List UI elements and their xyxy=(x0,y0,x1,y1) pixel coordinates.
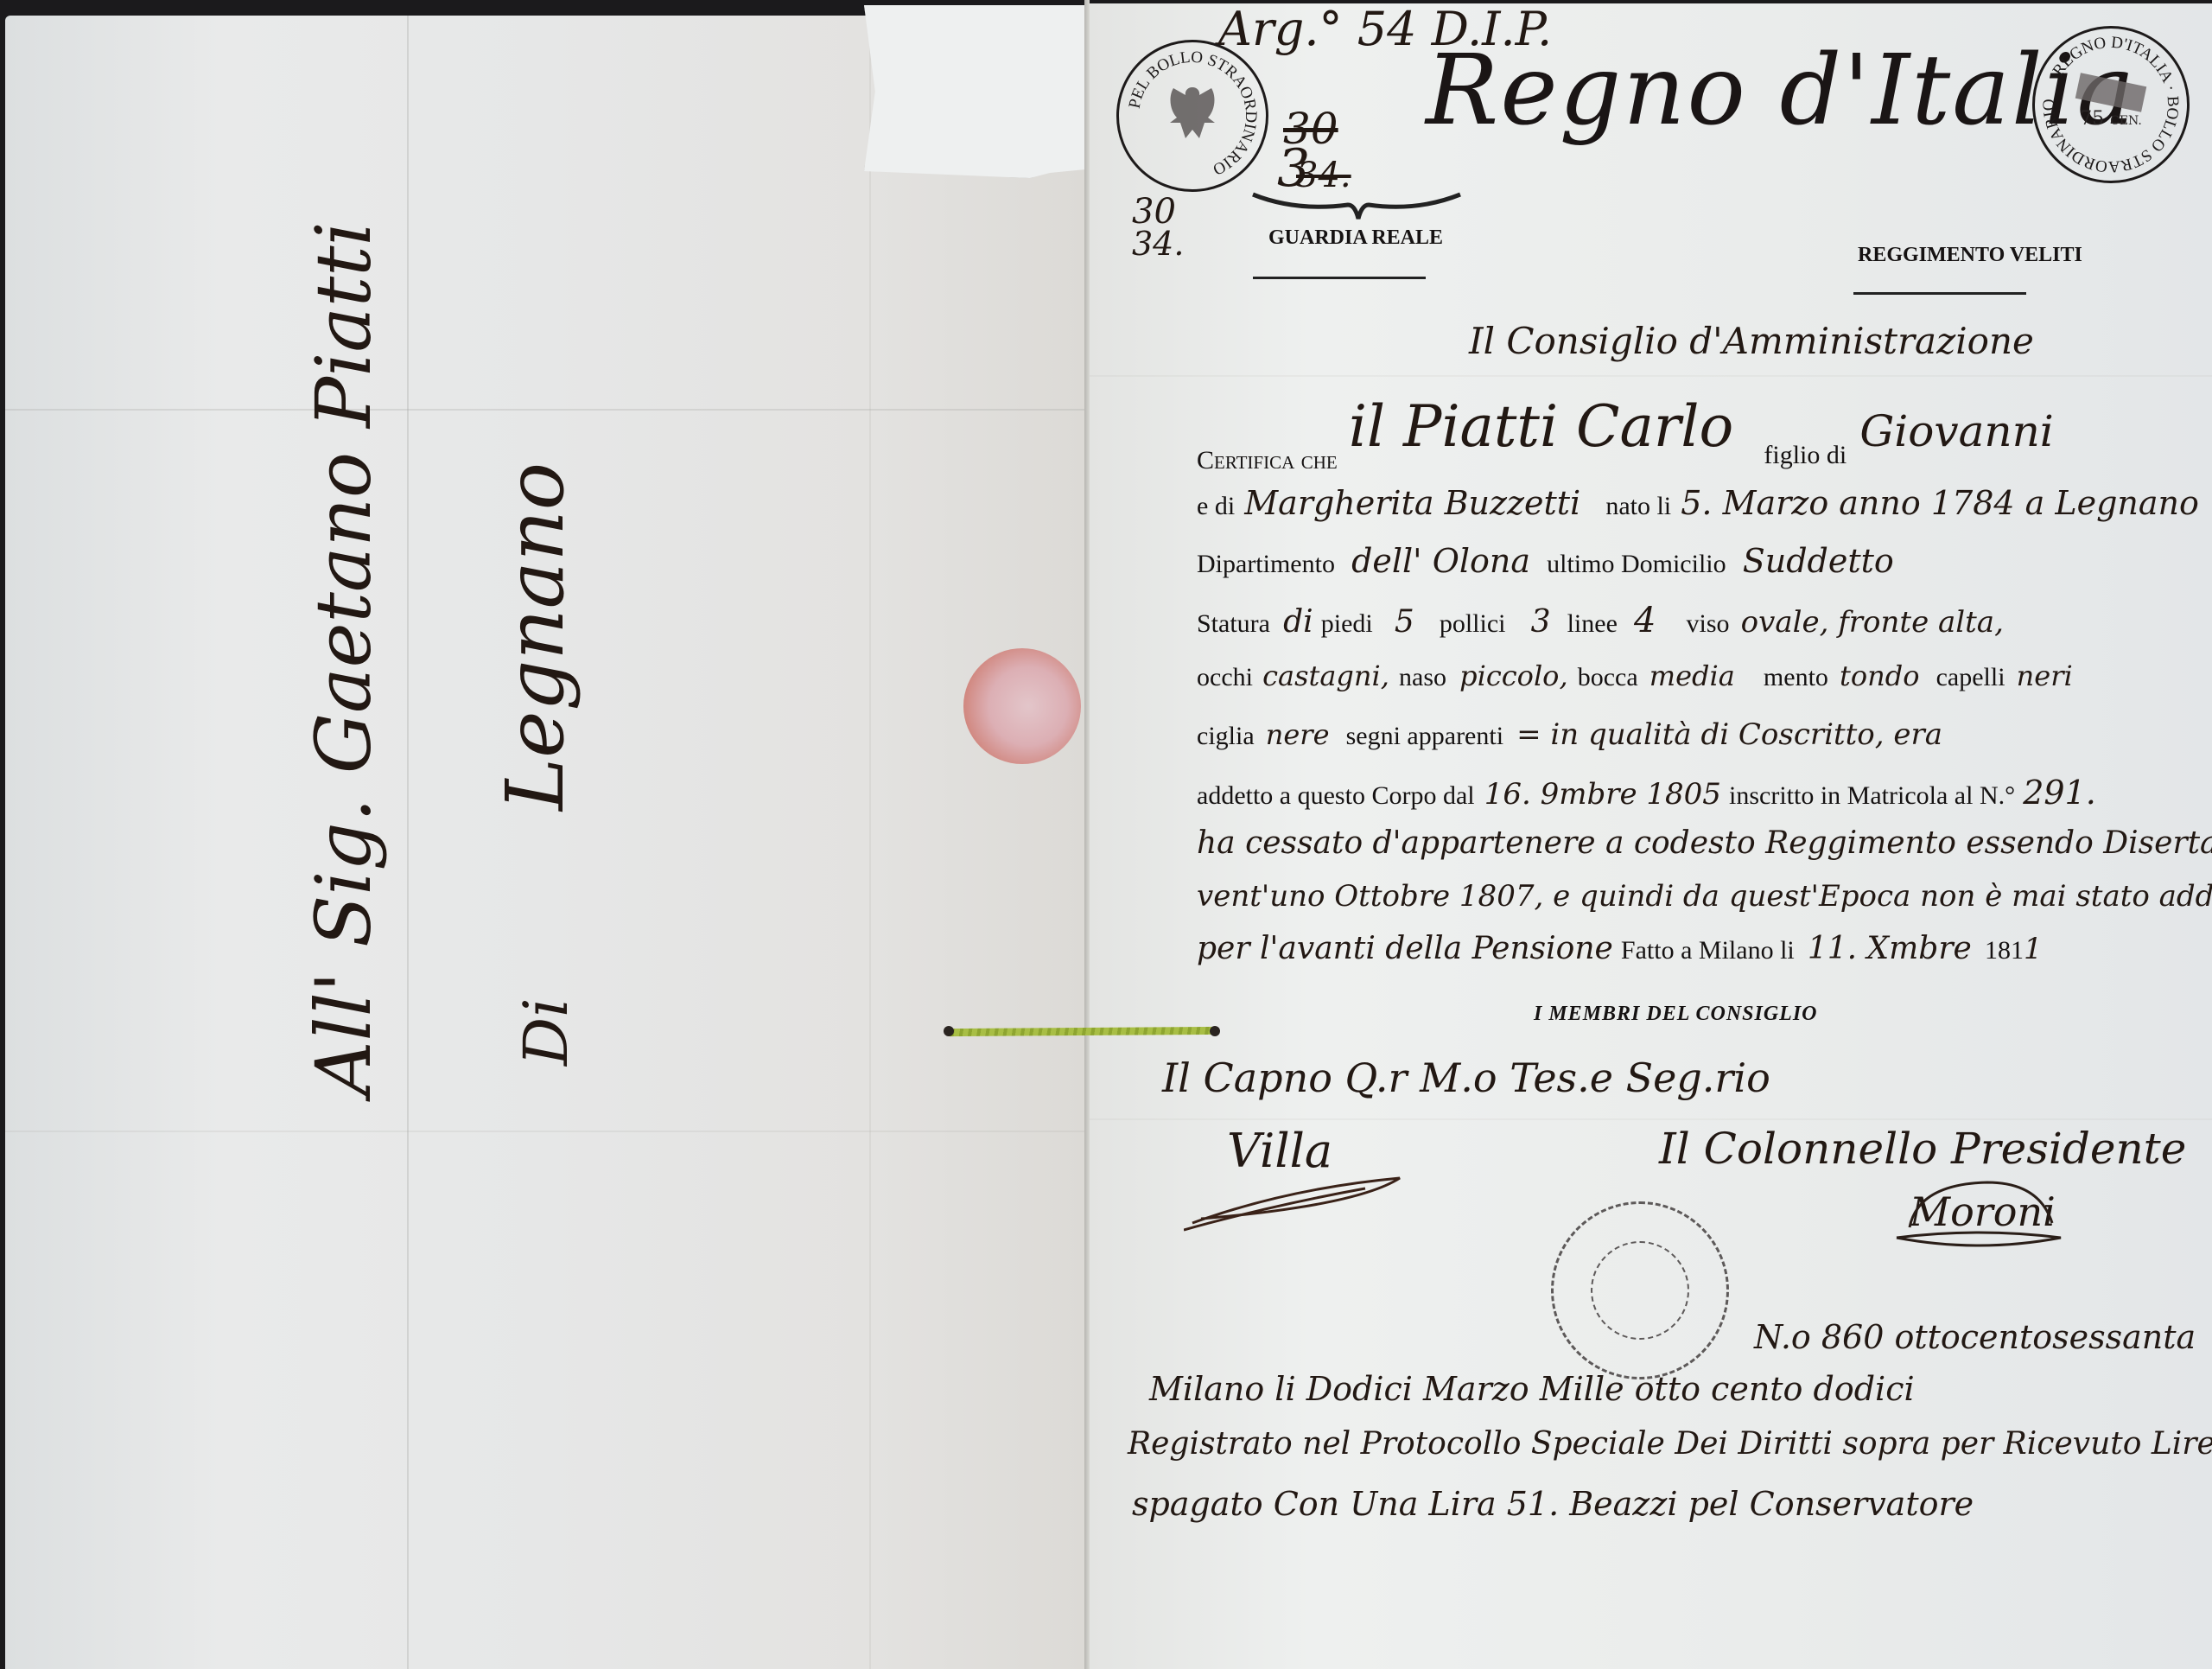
torn-paper-flap xyxy=(864,5,1085,178)
body-line: per l'avanti della Pensione Fatto a Mila… xyxy=(1197,931,2043,966)
height-feet: 5 xyxy=(1395,604,1414,640)
mother-name: Margherita Buzzetti xyxy=(1244,484,1580,522)
ornament-rule xyxy=(1853,292,2026,295)
members-heading: I MEMBRI DEL CONSIGLIO xyxy=(1534,1003,1818,1026)
title-flourish xyxy=(1244,186,1469,220)
left-page-envelope-side: All' Sig. Gaetano Piatti Legnano Di xyxy=(5,16,1090,1669)
signature-title-left: Il Capno Q.r M.o Tes.e Seg.rio xyxy=(1162,1054,1770,1101)
printed-text: bocca xyxy=(1578,663,1638,691)
body-line: Statura di piedi 5 pollici 3 linee 4 vis… xyxy=(1197,601,2004,640)
page-spine xyxy=(1084,0,1090,1669)
printed-text: Dipartimento xyxy=(1197,550,1335,578)
printed-text: e di xyxy=(1197,492,1235,520)
height-lines: 4 xyxy=(1634,601,1656,640)
red-wax-seal-remnant xyxy=(963,648,1081,764)
printed-text: inscritto in Matricola al N.° xyxy=(1729,781,2015,810)
department: dell' Olona xyxy=(1351,542,1530,580)
address-town: Legnano xyxy=(489,462,582,811)
stamp-ring-text: PEL BOLLO STRAORDINARIO xyxy=(1119,42,1266,189)
register-number: 291. xyxy=(2023,774,2096,812)
official-ink-seal xyxy=(1551,1201,1729,1379)
printed-text: viso xyxy=(1687,609,1730,638)
signature-flourish xyxy=(1892,1175,2065,1253)
eyebrows: nere xyxy=(1266,718,1330,751)
council-heading: Il Consiglio d'Amministrazione xyxy=(1469,320,2034,362)
printed-text: Certifica che xyxy=(1197,446,1338,475)
revenue-stamp-75-cent: REGNO D'ITALIA · BOLLO STRAORDINARIO 75 … xyxy=(2032,26,2190,183)
marks-and-rank: = in qualità di Coscritto, era xyxy=(1516,717,1942,752)
signature-name-left: Villa xyxy=(1227,1124,1332,1178)
svg-text:PEL BOLLO STRAORDINARIO: PEL BOLLO STRAORDINARIO xyxy=(1126,48,1260,179)
body-line: occhi castagni, naso piccolo, bocca medi… xyxy=(1197,659,2073,692)
ornament-rule xyxy=(1253,277,1426,279)
printed-text: addetto a questo Corpo dal xyxy=(1197,781,1475,810)
desertion-statement: ha cessato d'appartenere a codesto Reggi… xyxy=(1197,825,2212,861)
issue-date: 11. Xmbre xyxy=(1808,931,1972,966)
thread-hole xyxy=(944,1026,954,1036)
hand-year-digit: 1 xyxy=(2024,932,2043,966)
body-line: addetto a questo Corpo dal 16. 9mbre 180… xyxy=(1197,774,2096,812)
heading-guardia-reale: GUARDIA REALE xyxy=(1268,226,1443,250)
printed-text: mento xyxy=(1764,663,1828,691)
registration-line: Milano li Dodici Marzo Mille otto cento … xyxy=(1149,1370,1915,1408)
fold-crease xyxy=(1087,1118,2212,1120)
hair: neri xyxy=(2017,659,2073,692)
printed-text: Fatto a Milano li xyxy=(1621,936,1795,965)
hand-text: di xyxy=(1283,604,1313,640)
fold-crease xyxy=(5,1131,1090,1132)
pension-statement: per l'avanti della Pensione xyxy=(1197,931,1613,966)
address-recipient: All' Sig. Gaetano Piatti xyxy=(299,221,388,1096)
registration-line: Registrato nel Protocollo Speciale Dei D… xyxy=(1128,1426,2212,1462)
thread-hole xyxy=(1210,1026,1220,1036)
birth-date-place: 5. Marzo anno 1784 a Legnano xyxy=(1681,484,2199,522)
soldier-name: il Piatti Carlo xyxy=(1349,393,1733,460)
face-description: ovale, fronte alta, xyxy=(1741,605,2004,640)
heading-reggimento-veliti: REGGIMENTO VELITI xyxy=(1858,244,2082,267)
revenue-stamp-eagle: PEL BOLLO STRAORDINARIO xyxy=(1116,40,1268,192)
body-line: Dipartimento dell' Olona ultimo Domicili… xyxy=(1197,542,1894,580)
printed-text: nato li xyxy=(1605,492,1671,520)
printed-text: figlio di xyxy=(1764,441,1847,469)
enlistment-date: 16. 9mbre 1805 xyxy=(1484,777,1721,812)
eyes: castagni, xyxy=(1262,659,1389,692)
nose: piccolo, xyxy=(1459,659,1568,692)
registration-number: N.o 860 ottocentosessanta xyxy=(1754,1318,2196,1356)
fold-crease xyxy=(869,16,871,1669)
printed-text: Statura xyxy=(1197,609,1270,638)
margin-number: 34. xyxy=(1132,225,1184,263)
address-prefix: Di xyxy=(511,997,582,1066)
printed-text: occhi xyxy=(1197,663,1253,691)
printed-text: segni apparenti xyxy=(1346,722,1503,750)
printed-text: ciglia xyxy=(1197,722,1255,750)
domicile: Suddetto xyxy=(1743,542,1894,580)
registration-line: spagato Con Una Lira 51. Beazzi pel Cons… xyxy=(1132,1485,1974,1523)
body-line: e di Margherita Buzzetti nato li 5. Marz… xyxy=(1197,484,2199,522)
printed-text: piedi xyxy=(1321,609,1373,638)
printed-text: linee xyxy=(1567,609,1618,638)
fold-crease xyxy=(1087,375,2212,377)
printed-text: ultimo Domicilio xyxy=(1547,550,1726,578)
body-line: ciglia nere segni apparenti = in qualità… xyxy=(1197,717,1942,752)
fold-crease xyxy=(5,409,1090,411)
father-name: Giovanni xyxy=(1859,406,2054,456)
document-title: Regno d'Italia xyxy=(1426,35,2136,147)
printed-text: naso xyxy=(1399,663,1446,691)
desertion-date-statement: vent'uno Ottobre 1807, e quindi da quest… xyxy=(1197,879,2212,914)
fold-crease xyxy=(407,16,409,1669)
body-line: ha cessato d'appartenere a codesto Reggi… xyxy=(1197,825,2212,861)
body-line: vent'uno Ottobre 1807, e quindi da quest… xyxy=(1197,879,2212,914)
signature-flourish xyxy=(1184,1171,1408,1232)
signature-title-right: Il Colonnello Presidente xyxy=(1659,1124,2186,1174)
chin: tondo xyxy=(1840,659,1919,692)
printed-year: 181 xyxy=(1985,936,2024,965)
printed-text: pollici xyxy=(1440,609,1506,638)
printed-text: capelli xyxy=(1936,663,2005,691)
mouth: media xyxy=(1649,659,1735,692)
seal-inner-ring xyxy=(1591,1241,1689,1340)
body-line: Certifica che il Piatti Carlo figlio di … xyxy=(1197,393,2054,460)
height-inches: 3 xyxy=(1531,604,1551,640)
